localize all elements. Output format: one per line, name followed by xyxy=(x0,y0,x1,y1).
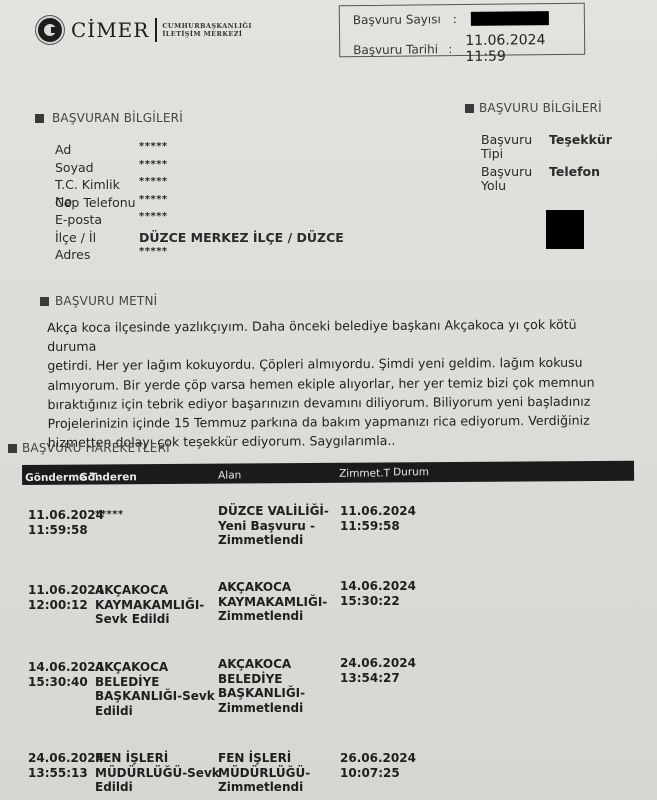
logo-subtitle-line1: CUMHURBAŞKANLIĞI xyxy=(162,22,251,30)
column-header-receiver: Alan xyxy=(218,469,241,481)
field-value: ***** xyxy=(139,194,168,212)
assign-time-cell: 11.06.2024 11:59:58 xyxy=(340,504,420,533)
sent-date: 11.06.2024 xyxy=(28,508,92,523)
assign-time: 13:54:27 xyxy=(340,671,420,686)
section-square-icon xyxy=(40,297,49,306)
application-summary-box: Başvuru Sayısı : Başvuru Tarihi : 11.06.… xyxy=(339,3,586,58)
application-type-field: Başvuru Tipi Teşekkür xyxy=(481,133,612,165)
field-label-line2: Yolu xyxy=(481,178,506,193)
sent-time-cell: 14.06.2024 15:30:40 xyxy=(28,660,92,689)
assign-date: 24.06.2024 xyxy=(340,656,420,671)
field-label: İlçe / İl xyxy=(55,229,139,247)
sent-date: 11.06.2024 xyxy=(28,583,92,598)
receiver-line: DÜZCE VALİLİĞİ- xyxy=(218,504,333,519)
sender-line: BAŞKANLIĞI-Sevk xyxy=(95,689,215,704)
application-text-line: Projelerinizin içinde 15 Temmuz parkına … xyxy=(48,411,608,434)
assign-time-cell: 24.06.2024 13:54:27 xyxy=(340,656,420,685)
field-value: DÜZCE MERKEZ İLÇE / DÜZCE xyxy=(139,229,344,247)
field-label: Başvuru Tipi xyxy=(481,133,549,165)
application-date-label: Başvuru Tarihi xyxy=(353,42,448,57)
assign-date: 14.06.2024 xyxy=(340,579,420,594)
assign-time-cell: 26.06.2024 10:07:25 xyxy=(340,751,420,780)
receiver-cell: FEN İŞLERİ MÜDÜRLÜĞÜ- Zimmetlendi xyxy=(218,751,333,795)
column-header-assign-time: Zimmet.T xyxy=(339,467,390,479)
receiver-line: Zimmetlendi xyxy=(218,780,333,795)
cimer-logo: CİMER CUMHURBAŞKANLIĞI İLETİŞİM MERKEZİ xyxy=(38,18,252,42)
assign-time-cell: 14.06.2024 15:30:22 xyxy=(340,579,420,608)
receiver-line: Zimmetlendi xyxy=(218,533,333,548)
receiver-cell: AKÇAKOCA BELEDİYE BAŞKANLIĞI- Zimmetlend… xyxy=(218,657,333,715)
application-text-body: Akça koca ilçesinde yazlıkçıyım. Daha ön… xyxy=(47,315,608,453)
sent-time-cell: 11.06.2024 12:00:12 xyxy=(28,583,92,612)
logo-divider xyxy=(155,18,157,42)
movements-section-header: BAŞVURU HAREKETLERİ xyxy=(8,441,170,455)
sender-line: Edildi xyxy=(95,780,215,795)
application-number-row: Başvuru Sayısı : xyxy=(353,11,549,27)
application-text-section-title: BAŞVURU METNİ xyxy=(55,294,157,308)
application-type-value: Teşekkür xyxy=(549,133,612,165)
sender-line: AKÇAKOCA xyxy=(95,660,215,675)
printed-document: CİMER CUMHURBAŞKANLIĞI İLETİŞİM MERKEZİ … xyxy=(0,0,657,800)
receiver-cell: DÜZCE VALİLİĞİ- Yeni Başvuru - Zimmetlen… xyxy=(218,504,333,548)
applicant-section-header: BAŞVURAN BİLGİLERİ xyxy=(35,111,183,125)
sender-line: ***** xyxy=(95,508,215,523)
application-text-line: Akça koca ilçesinde yazlıkçıyım. Daha ön… xyxy=(47,315,607,357)
field-label: E-posta xyxy=(55,211,139,229)
colon: : xyxy=(453,12,471,26)
field-label: Adres xyxy=(55,246,139,264)
application-number-redacted xyxy=(471,11,549,26)
application-date-row: Başvuru Tarihi : 11.06.2024 11:59 xyxy=(353,32,584,66)
application-info-section-header: BAŞVURU BİLGİLERİ xyxy=(465,101,602,115)
receiver-line: Yeni Başvuru - xyxy=(218,519,333,534)
applicant-field-district: İlçe / İl DÜZCE MERKEZ İLÇE / DÜZCE xyxy=(55,229,344,247)
sent-time-cell: 24.06.2024 13:55:13 xyxy=(28,751,92,780)
sender-line: Sevk Edildi xyxy=(95,612,215,627)
application-channel-field: Başvuru Yolu Telefon xyxy=(481,165,612,197)
sent-time: 15:30:40 xyxy=(28,675,92,690)
section-square-icon xyxy=(35,114,44,123)
application-number-label: Başvuru Sayısı xyxy=(353,12,453,27)
sent-time: 13:55:13 xyxy=(28,766,92,781)
field-value: ***** xyxy=(139,159,168,177)
receiver-line: BAŞKANLIĞI- xyxy=(218,686,333,701)
receiver-cell: AKÇAKOCA KAYMAKAMLIĞI- Zimmetlendi xyxy=(218,580,333,624)
field-label-line1: Başvuru xyxy=(481,164,532,179)
assign-date: 26.06.2024 xyxy=(340,751,420,766)
movements-table-header: Gönderme T. Gönderen Alan Zimmet.T Durum xyxy=(22,461,634,485)
section-square-icon xyxy=(8,444,17,453)
sender-line: KAYMAKAMLIĞI- xyxy=(95,598,215,613)
application-text-section-header: BAŞVURU METNİ xyxy=(40,294,157,308)
field-value: ***** xyxy=(139,211,168,229)
cimer-emblem-icon xyxy=(38,18,62,42)
field-label-line1: Başvuru xyxy=(481,132,532,147)
assign-date: 11.06.2024 xyxy=(340,504,420,519)
field-label: Ad xyxy=(55,141,139,159)
receiver-line: AKÇAKOCA xyxy=(218,580,333,595)
field-value: ***** xyxy=(139,246,168,264)
application-info-fields: Başvuru Tipi Teşekkür Başvuru Yolu Telef… xyxy=(481,133,612,197)
application-info-section-title: BAŞVURU BİLGİLERİ xyxy=(479,101,602,115)
sender-line: Edildi xyxy=(95,704,215,719)
sent-time-cell: 11.06.2024 11:59:58 xyxy=(28,508,92,537)
sender-cell: FEN İŞLERİ MÜDÜRLÜĞÜ-Sevk Edildi xyxy=(95,751,215,795)
field-label-line2: Tipi xyxy=(481,146,503,161)
sender-line: BELEDİYE xyxy=(95,675,215,690)
colon: : xyxy=(448,42,465,56)
applicant-field-phone: Cep Telefonu ***** xyxy=(55,194,344,212)
column-header-status: Durum xyxy=(393,466,429,478)
applicant-field-address: Adres ***** xyxy=(55,246,344,264)
assign-time: 11:59:58 xyxy=(340,519,420,534)
sent-time: 11:59:58 xyxy=(28,523,92,538)
sent-time: 12:00:12 xyxy=(28,598,92,613)
receiver-line: Zimmetlendi xyxy=(218,609,333,624)
application-date-value: 11.06.2024 11:59 xyxy=(465,32,584,65)
receiver-line: BELEDİYE xyxy=(218,672,333,687)
section-square-icon xyxy=(465,104,474,113)
assign-time: 10:07:25 xyxy=(340,766,420,781)
receiver-line: Zimmetlendi xyxy=(218,701,333,716)
sender-line: FEN İŞLERİ xyxy=(95,751,215,766)
sent-date: 14.06.2024 xyxy=(28,660,92,675)
field-label: T.C. Kimlik No xyxy=(55,176,139,194)
sender-cell: ***** xyxy=(95,508,215,523)
sent-date: 24.06.2024 xyxy=(28,751,92,766)
movements-section-title: BAŞVURU HAREKETLERİ xyxy=(22,441,170,455)
applicant-field-ad: Ad ***** xyxy=(55,141,344,159)
logo-name: CİMER xyxy=(71,18,149,42)
field-value: ***** xyxy=(139,176,168,194)
receiver-line: MÜDÜRLÜĞÜ- xyxy=(218,766,333,781)
redacted-qr-code xyxy=(546,210,584,249)
field-label: Soyad xyxy=(55,159,139,177)
sender-line: AKÇAKOCA xyxy=(95,583,215,598)
logo-subtitle-line2: İLETİŞİM MERKEZİ xyxy=(162,30,251,38)
applicant-field-tc-no: T.C. Kimlik No ***** xyxy=(55,176,344,194)
field-label: Başvuru Yolu xyxy=(481,165,549,197)
receiver-line: FEN İŞLERİ xyxy=(218,751,333,766)
applicant-field-email: E-posta ***** xyxy=(55,211,344,229)
field-value: ***** xyxy=(139,141,168,159)
sender-cell: AKÇAKOCA KAYMAKAMLIĞI- Sevk Edildi xyxy=(95,583,215,627)
column-header-sender: Gönderen xyxy=(79,471,137,483)
receiver-line: KAYMAKAMLIĞI- xyxy=(218,595,333,610)
applicant-fields: Ad ***** Soyad ***** T.C. Kimlik No ****… xyxy=(55,141,344,264)
sender-cell: AKÇAKOCA BELEDİYE BAŞKANLIĞI-Sevk Edildi xyxy=(95,660,215,718)
logo-subtitle: CUMHURBAŞKANLIĞI İLETİŞİM MERKEZİ xyxy=(162,22,251,38)
receiver-line: AKÇAKOCA xyxy=(218,657,333,672)
assign-time: 15:30:22 xyxy=(340,594,420,609)
applicant-section-title: BAŞVURAN BİLGİLERİ xyxy=(52,111,183,125)
sender-line: MÜDÜRLÜĞÜ-Sevk xyxy=(95,766,215,781)
applicant-field-soyad: Soyad ***** xyxy=(55,159,344,177)
field-label: Cep Telefonu xyxy=(55,194,139,212)
application-channel-value: Telefon xyxy=(549,165,600,197)
